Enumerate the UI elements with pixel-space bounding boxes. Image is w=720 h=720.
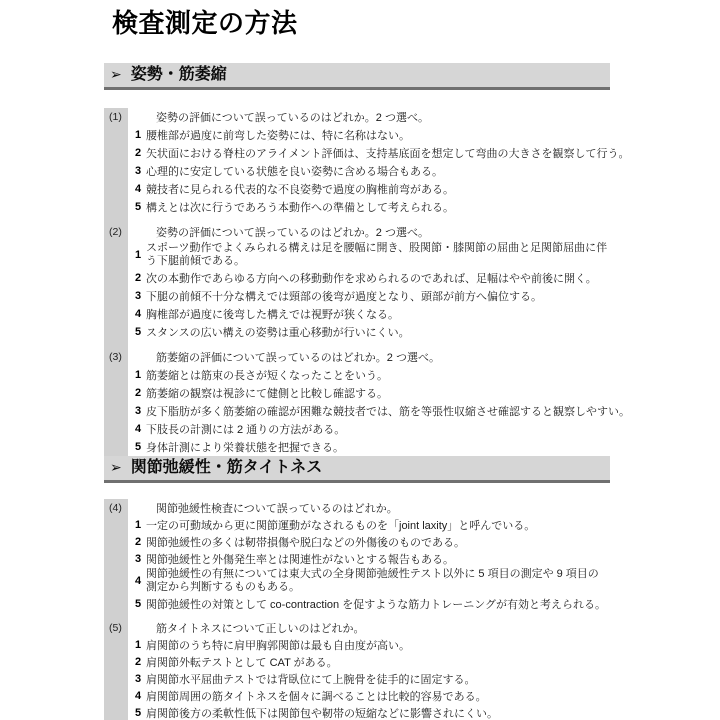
option-number: 4	[128, 308, 146, 320]
option-text: 関節弛緩性と外傷発生率とは関連性がないとする報告もある。	[146, 551, 454, 567]
option-row: 2 次の本動作であらゆる方向への移動動作を求められるのであれば、足幅はやや前後に…	[104, 269, 610, 287]
option-number: 4	[128, 575, 146, 587]
option-text: 筋萎縮とは筋束の長さが短くなったことをいう。	[146, 367, 388, 383]
option-number: 5	[128, 707, 146, 719]
question-area-1: (1) 姿勢の評価について誤っているのはどれか。2 つ選べ。 1 腰椎部が過度に…	[104, 90, 610, 456]
option-row: 3 下腿の前傾不十分な構えでは頸部の後弯が過度となり、頭部が前方へ偏位する。	[104, 287, 610, 305]
option-row: 3 肩関節水平屈曲テストでは背臥位にて上腕骨を徒手的に固定する。	[104, 670, 610, 687]
option-text: スタンスの広い構えの姿勢は重心移動が行いにくい。	[146, 324, 410, 340]
option-row: 3 関節弛緩性と外傷発生率とは関連性がないとする報告もある。	[104, 550, 610, 567]
option-row: 5 関節弛緩性の対策として co-contraction を促すような筋力トレー…	[104, 595, 610, 612]
option-number: 5	[128, 598, 146, 610]
question-area-2: (4) 関節弛緩性検査について誤っているのはどれか。 1 一定の可動域から更に関…	[104, 483, 610, 720]
page-title: 検査測定の方法	[112, 8, 610, 38]
option-text: 一定の可動域から更に関節運動がなされるものを「joint laxity」と呼んで…	[146, 517, 535, 533]
option-text: 肩関節のうち特に肩甲胸郭関節は最も自由度が高い。	[146, 637, 410, 653]
option-text: 次の本動作であらゆる方向への移動動作を求められるのであれば、足幅はやや前後に開く…	[146, 270, 597, 286]
option-text: 下肢長の計測には 2 通りの方法がある。	[146, 421, 345, 437]
option-row: 5 身体計測により栄養状態を把握できる。	[104, 438, 610, 456]
question-stem-row: (5) 筋タイトネスについて正しいのはどれか。	[104, 619, 610, 636]
option-text: 肩関節外転テストとして CAT がある。	[146, 654, 338, 670]
option-number: 3	[128, 290, 146, 302]
option-row: 1 スポーツ動作でよくみられる構えは足を腰幅に開き、股関節・膝関節の屈曲と足関節…	[104, 241, 610, 269]
option-row: 5 スタンスの広い構えの姿勢は重心移動が行いにくい。	[104, 323, 610, 341]
question-stem: 姿勢の評価について誤っているのはどれか。2 つ選べ。	[128, 109, 429, 125]
question-stem-row: (1) 姿勢の評価について誤っているのはどれか。2 つ選べ。	[104, 108, 610, 126]
question-number: (3)	[104, 351, 128, 363]
option-number: 4	[128, 423, 146, 435]
section-header-posture: ➢ 姿勢・筋萎縮	[104, 63, 610, 90]
option-number: 5	[128, 326, 146, 338]
question-block-1: (1) 姿勢の評価について誤っているのはどれか。2 つ選べ。 1 腰椎部が過度に…	[104, 108, 610, 216]
option-row: 1 肩関節のうち特に肩甲胸郭関節は最も自由度が高い。	[104, 636, 610, 653]
option-number: 3	[128, 673, 146, 685]
option-number: 4	[128, 183, 146, 195]
option-row: 3 心理的に安定している状態を良い姿勢に含める場合もある。	[104, 162, 610, 180]
option-text: 筋萎縮の観察は視診にて健側と比較し確認する。	[146, 385, 388, 401]
option-number: 2	[128, 536, 146, 548]
option-text: 肩関節周囲の筋タイトネスを個々に調べることは比較的容易である。	[146, 688, 487, 704]
option-text: 皮下脂肪が多く筋萎縮の確認が困難な競技者では、筋を等張性収縮させ確認すると観察し…	[146, 403, 630, 419]
question-stem: 関節弛緩性検査について誤っているのはどれか。	[128, 500, 398, 516]
section-title: 姿勢・筋萎縮	[131, 65, 227, 85]
option-number: 1	[128, 639, 146, 651]
option-row: 1 筋萎縮とは筋束の長さが短くなったことをいう。	[104, 366, 610, 384]
option-number: 2	[128, 147, 146, 159]
option-row: 2 矢状面における脊柱のアライメント評価は、支持基底面を想定して弯曲の大きさを観…	[104, 144, 610, 162]
option-row: 2 肩関節外転テストとして CAT がある。	[104, 653, 610, 670]
option-number: 1	[128, 249, 146, 261]
question-number: (4)	[104, 502, 128, 514]
option-row: 4 関節弛緩性の有無については東大式の全身関節弛緩性テスト以外に 5 項目の測定…	[104, 567, 610, 595]
option-text: 腰椎部が過度に前弯した姿勢には、特に名称はない。	[146, 127, 410, 143]
section-header-joint-laxity: ➢ 関節弛緩性・筋タイトネス	[104, 456, 610, 483]
option-text: 矢状面における脊柱のアライメント評価は、支持基底面を想定して弯曲の大きさを観察し…	[146, 145, 630, 161]
option-number: 2	[128, 272, 146, 284]
option-number: 5	[128, 441, 146, 453]
option-row: 4 競技者に見られる代表的な不良姿勢で過度の胸椎前弯がある。	[104, 180, 610, 198]
option-number: 1	[128, 129, 146, 141]
option-number: 3	[128, 165, 146, 177]
option-number: 1	[128, 369, 146, 381]
option-text: 心理的に安定している状態を良い姿勢に含める場合もある。	[146, 163, 443, 179]
option-number: 2	[128, 656, 146, 668]
option-row: 4 下肢長の計測には 2 通りの方法がある。	[104, 420, 610, 438]
option-number: 2	[128, 387, 146, 399]
question-stem-row: (2) 姿勢の評価について誤っているのはどれか。2 つ選べ。	[104, 223, 610, 241]
question-number: (5)	[104, 622, 128, 634]
document-content: 検査測定の方法 ➢ 姿勢・筋萎縮 (1) 姿勢の評価について誤っているのはどれか…	[104, 0, 610, 720]
arrowhead-icon: ➢	[110, 64, 122, 84]
option-number: 3	[128, 553, 146, 565]
option-row: 4 肩関節周囲の筋タイトネスを個々に調べることは比較的容易である。	[104, 687, 610, 704]
question-number: (2)	[104, 226, 128, 238]
question-stem: 姿勢の評価について誤っているのはどれか。2 つ選べ。	[128, 224, 429, 240]
question-stem: 筋タイトネスについて正しいのはどれか。	[128, 620, 364, 636]
option-row: 4 胸椎部が過度に後弯した構えでは視野が狭くなる。	[104, 305, 610, 323]
option-text: 関節弛緩性の多くは靭帯損傷や脱臼などの外傷後のものである。	[146, 534, 465, 550]
question-block-3: (3) 筋萎縮の評価について誤っているのはどれか。2 つ選べ。 1 筋萎縮とは筋…	[104, 348, 610, 456]
option-text: 競技者に見られる代表的な不良姿勢で過度の胸椎前弯がある。	[146, 181, 454, 197]
option-number: 4	[128, 690, 146, 702]
option-text: 下腿の前傾不十分な構えでは頸部の後弯が過度となり、頭部が前方へ偏位する。	[146, 288, 542, 304]
option-number: 3	[128, 405, 146, 417]
question-stem-row: (4) 関節弛緩性検査について誤っているのはどれか。	[104, 499, 610, 516]
option-row: 5 構えとは次に行うであろう本動作への準備として考えられる。	[104, 198, 610, 216]
arrowhead-icon: ➢	[110, 457, 122, 477]
question-block-5: (5) 筋タイトネスについて正しいのはどれか。 1 肩関節のうち特に肩甲胸郭関節…	[104, 619, 610, 720]
option-row: 2 関節弛緩性の多くは靭帯損傷や脱臼などの外傷後のものである。	[104, 533, 610, 550]
option-text: 構えとは次に行うであろう本動作への準備として考えられる。	[146, 199, 454, 215]
option-row: 1 腰椎部が過度に前弯した姿勢には、特に名称はない。	[104, 126, 610, 144]
option-number: 1	[128, 519, 146, 531]
question-stem: 筋萎縮の評価について誤っているのはどれか。2 つ選べ。	[128, 349, 440, 365]
question-stem-row: (3) 筋萎縮の評価について誤っているのはどれか。2 つ選べ。	[104, 348, 610, 366]
question-block-4: (4) 関節弛緩性検査について誤っているのはどれか。 1 一定の可動域から更に関…	[104, 499, 610, 612]
option-row: 2 筋萎縮の観察は視診にて健側と比較し確認する。	[104, 384, 610, 402]
option-number: 5	[128, 201, 146, 213]
option-row: 5 肩関節後方の柔軟性低下は関節包や靭帯の短縮などに影響されにくい。	[104, 704, 610, 720]
option-row: 3 皮下脂肪が多く筋萎縮の確認が困難な競技者では、筋を等張性収縮させ確認すると観…	[104, 402, 610, 420]
option-text: 関節弛緩性の対策として co-contraction を促すような筋力トレーニン…	[146, 596, 606, 612]
question-block-2: (2) 姿勢の評価について誤っているのはどれか。2 つ選べ。 1 スポーツ動作で…	[104, 223, 610, 341]
option-text: 胸椎部が過度に後弯した構えでは視野が狭くなる。	[146, 306, 399, 322]
option-text: 関節弛緩性の有無については東大式の全身関節弛緩性テスト以外に 5 項目の測定や …	[146, 567, 608, 595]
option-row: 1 一定の可動域から更に関節運動がなされるものを「joint laxity」と呼…	[104, 516, 610, 533]
option-text: 肩関節後方の柔軟性低下は関節包や靭帯の短縮などに影響されにくい。	[146, 705, 498, 720]
question-number: (1)	[104, 111, 128, 123]
document-page: 検査測定の方法 ➢ 姿勢・筋萎縮 (1) 姿勢の評価について誤っているのはどれか…	[0, 0, 720, 720]
section-title: 関節弛緩性・筋タイトネス	[131, 458, 323, 478]
option-text: 肩関節水平屈曲テストでは背臥位にて上腕骨を徒手的に固定する。	[146, 671, 476, 687]
option-text: スポーツ動作でよくみられる構えは足を腰幅に開き、股関節・膝関節の屈曲と足関節屈曲…	[146, 241, 608, 269]
option-text: 身体計測により栄養状態を把握できる。	[146, 439, 344, 455]
